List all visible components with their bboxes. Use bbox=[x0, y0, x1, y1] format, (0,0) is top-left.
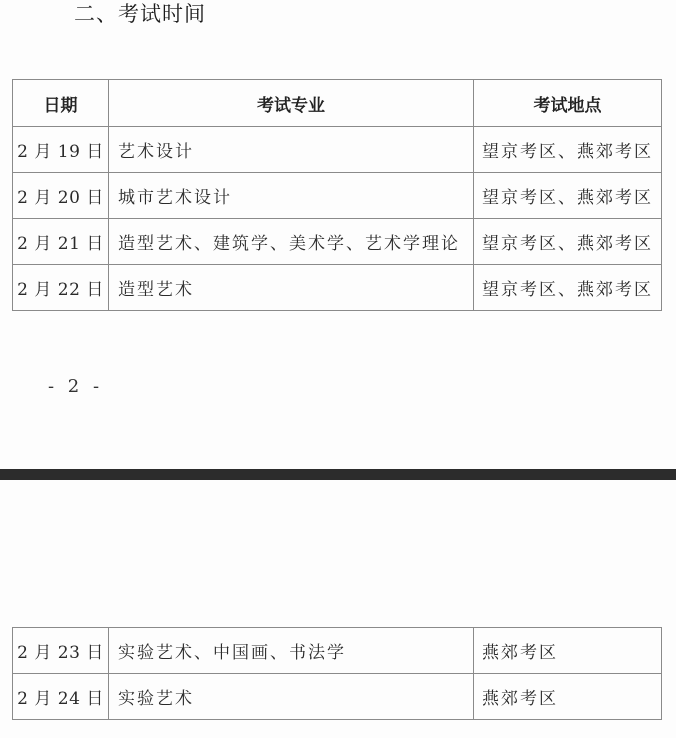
cell-date: 2 月 20 日 bbox=[13, 173, 109, 219]
header-date: 日期 bbox=[13, 80, 109, 127]
cell-date: 2 月 23 日 bbox=[13, 628, 109, 674]
page-separator bbox=[0, 469, 676, 480]
table-row: 2 月 20 日 城市艺术设计 望京考区、燕郊考区 bbox=[13, 173, 662, 219]
table-header-row: 日期 考试专业 考试地点 bbox=[13, 80, 662, 127]
cell-location: 望京考区、燕郊考区 bbox=[474, 265, 662, 311]
table-row: 2 月 22 日 造型艺术 望京考区、燕郊考区 bbox=[13, 265, 662, 311]
exam-schedule-table: 日期 考试专业 考试地点 2 月 19 日 艺术设计 望京考区、燕郊考区 2 月… bbox=[12, 79, 662, 311]
cell-date: 2 月 19 日 bbox=[13, 127, 109, 173]
cell-major: 造型艺术 bbox=[109, 265, 474, 311]
page-number: - 2 - bbox=[48, 376, 103, 397]
section-title: 二、考试时间 bbox=[74, 0, 206, 28]
cell-major: 城市艺术设计 bbox=[109, 173, 474, 219]
cell-major: 艺术设计 bbox=[109, 127, 474, 173]
cell-location: 燕郊考区 bbox=[474, 628, 662, 674]
header-major: 考试专业 bbox=[109, 80, 474, 127]
cell-major: 实验艺术、中国画、书法学 bbox=[109, 628, 474, 674]
cell-location: 燕郊考区 bbox=[474, 674, 662, 720]
header-location: 考试地点 bbox=[474, 80, 662, 127]
cell-date: 2 月 22 日 bbox=[13, 265, 109, 311]
exam-schedule-table-continued: 2 月 23 日 实验艺术、中国画、书法学 燕郊考区 2 月 24 日 实验艺术… bbox=[12, 627, 662, 720]
cell-major: 实验艺术 bbox=[109, 674, 474, 720]
cell-major: 造型艺术、建筑学、美术学、艺术学理论 bbox=[109, 219, 474, 265]
cell-location: 望京考区、燕郊考区 bbox=[474, 173, 662, 219]
cell-location: 望京考区、燕郊考区 bbox=[474, 127, 662, 173]
cell-date: 2 月 21 日 bbox=[13, 219, 109, 265]
table-row: 2 月 21 日 造型艺术、建筑学、美术学、艺术学理论 望京考区、燕郊考区 bbox=[13, 219, 662, 265]
cell-location: 望京考区、燕郊考区 bbox=[474, 219, 662, 265]
table-row: 2 月 24 日 实验艺术 燕郊考区 bbox=[13, 674, 662, 720]
table-row: 2 月 19 日 艺术设计 望京考区、燕郊考区 bbox=[13, 127, 662, 173]
cell-date: 2 月 24 日 bbox=[13, 674, 109, 720]
table-row: 2 月 23 日 实验艺术、中国画、书法学 燕郊考区 bbox=[13, 628, 662, 674]
